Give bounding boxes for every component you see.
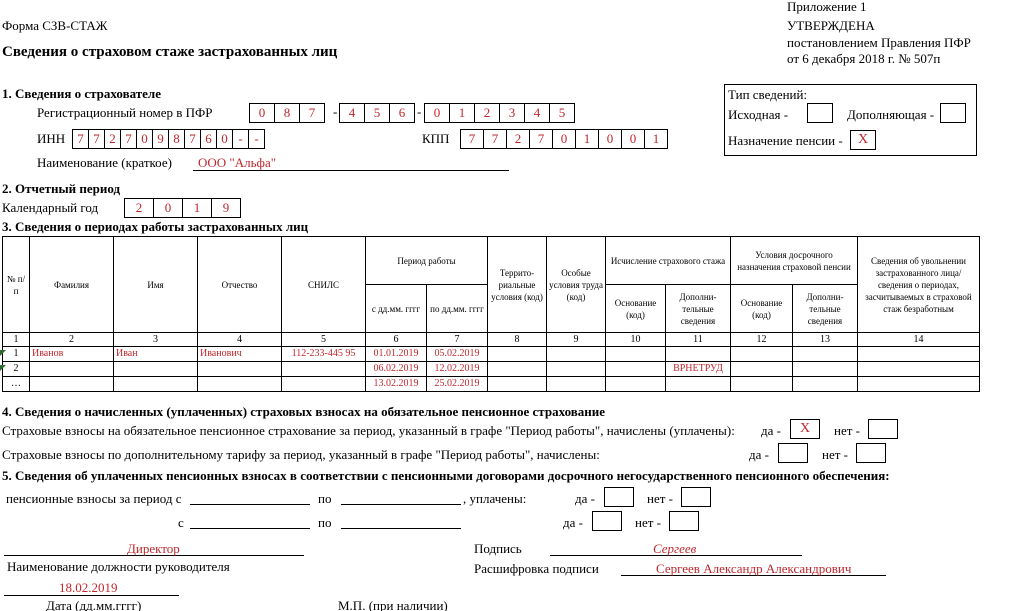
column-number: 12 — [731, 333, 793, 347]
table-cell[interactable] — [547, 362, 606, 377]
period2-from-label: с — [178, 515, 184, 531]
approved-label: УТВЕРЖДЕНА — [787, 18, 875, 34]
period1-no-label: нет - — [647, 491, 673, 507]
table-cell[interactable]: … — [3, 377, 30, 392]
period2-to-field[interactable] — [341, 514, 461, 529]
org-name-value: ООО "Альфа" — [198, 155, 276, 171]
signature-value: Сергеев — [653, 541, 696, 557]
table-cell[interactable] — [858, 347, 980, 362]
digit-cell[interactable]: 0 — [249, 103, 275, 123]
table-cell[interactable]: 01.01.2019 — [366, 347, 427, 362]
digit-cell[interactable]: 5 — [364, 103, 390, 123]
signature-decode-value: Сергеев Александр Александрович — [656, 561, 851, 577]
table-cell[interactable] — [547, 377, 606, 392]
contrib-line2: Страховые взносы по дополнительному тари… — [2, 447, 600, 463]
digit-cell[interactable]: 9 — [152, 129, 169, 149]
table-cell[interactable] — [731, 377, 793, 392]
period1-to-label: по — [318, 491, 331, 507]
period1-to-field[interactable] — [341, 490, 461, 505]
page-title: Сведения о страховом стаже застрахованны… — [2, 44, 337, 61]
reg-number-label: Регистрационный номер в ПФР — [37, 105, 213, 121]
digit-cell[interactable]: 0 — [424, 103, 450, 123]
line2-no-label: нет - — [822, 447, 848, 463]
col-early-basis-header: Основание (код) — [731, 285, 793, 333]
table-cell[interactable] — [198, 377, 282, 392]
col-num-header: № п/п — [3, 237, 30, 333]
table-row: …13.02.201925.02.2019 — [3, 377, 980, 392]
table-cell[interactable] — [666, 347, 731, 362]
table-cell[interactable] — [793, 347, 858, 362]
table-row: 1ИвановИванИванович112-233-445 9501.01.2… — [3, 347, 980, 362]
line1-no-label: нет - — [834, 423, 860, 439]
table-cell[interactable]: 13.02.2019 — [366, 377, 427, 392]
line2-yes-checkbox[interactable] — [778, 443, 808, 463]
table-cell[interactable]: 112-233-445 95 — [282, 347, 366, 362]
line2-yes-label: да - — [749, 447, 769, 463]
table-cell[interactable] — [547, 347, 606, 362]
year-field[interactable]: 2019 — [124, 198, 241, 218]
reg-separator: - — [417, 104, 421, 120]
table-cell[interactable]: Иванов — [30, 347, 114, 362]
table-cell[interactable] — [606, 362, 666, 377]
period2-no-checkbox[interactable] — [669, 511, 699, 531]
section2-heading: 2. Отчетный период — [2, 181, 120, 197]
line1-yes-checkbox[interactable]: X — [790, 419, 820, 439]
digit-cell[interactable]: - — [248, 129, 265, 149]
col-surname-header: Фамилия — [30, 237, 114, 333]
digit-cell[interactable]: 6 — [389, 103, 415, 123]
period2-to-label: по — [318, 515, 331, 531]
digit-cell[interactable]: - — [232, 129, 249, 149]
table-cell[interactable]: Иван — [114, 347, 198, 362]
approved-by: постановлением Правления ПФР — [787, 35, 971, 51]
col-calc-extra-header: Дополни-тельные сведения — [666, 285, 731, 333]
column-number: 14 — [858, 333, 980, 347]
table-cell[interactable] — [488, 347, 547, 362]
table-cell[interactable] — [858, 362, 980, 377]
section4-heading: 4. Сведения о начисленных (уплаченных) с… — [2, 404, 605, 420]
pension-checkbox[interactable]: X — [850, 130, 876, 150]
col-patronymic-header: Отчество — [198, 237, 282, 333]
table-cell[interactable] — [30, 362, 114, 377]
column-number: 10 — [606, 333, 666, 347]
date-label: Дата (дд.мм.гггг) — [46, 598, 141, 611]
digit-cell[interactable]: 7 — [184, 129, 201, 149]
table-cell[interactable] — [198, 362, 282, 377]
table-cell[interactable]: ВРНЕТРУД — [666, 362, 731, 377]
line2-no-checkbox[interactable] — [856, 443, 886, 463]
digit-cell[interactable]: 7 — [529, 129, 553, 149]
column-number: 11 — [666, 333, 731, 347]
digit-cell[interactable]: 7 — [72, 129, 89, 149]
digit-cell[interactable]: 1 — [449, 103, 475, 123]
digit-cell[interactable]: 7 — [299, 103, 325, 123]
col-dismissal-header: Сведения об увольнении застрахованного л… — [858, 237, 980, 333]
column-number: 7 — [427, 333, 488, 347]
table-row: 206.02.201912.02.2019ВРНЕТРУД — [3, 362, 980, 377]
kpp-label: КПП — [422, 131, 449, 147]
line1-yes-label: да - — [761, 423, 781, 439]
digit-cell[interactable]: 3 — [499, 103, 525, 123]
table-cell[interactable]: 05.02.2019 — [427, 347, 488, 362]
col-calc-header: Исчисление страхового стажа — [606, 237, 731, 285]
col-early-header: Условия досрочного назначения страховой … — [731, 237, 858, 285]
table-cell[interactable] — [858, 377, 980, 392]
period1-yes-label: да - — [575, 491, 595, 507]
digit-cell[interactable]: 1 — [575, 129, 599, 149]
digit-cell[interactable]: 0 — [621, 129, 645, 149]
digit-cell[interactable]: 7 — [88, 129, 105, 149]
org-name-label: Наименование (краткое) — [37, 155, 172, 171]
supplementary-label: Дополняющая - — [847, 107, 934, 123]
reg-number-part1[interactable]: 087 — [249, 103, 325, 123]
col-early-extra-header: Дополни-тельные сведения — [793, 285, 858, 333]
table-cell[interactable]: 25.02.2019 — [427, 377, 488, 392]
period2-yes-label: да - — [563, 515, 583, 531]
table-cell[interactable]: 1 — [3, 347, 30, 362]
table-cell[interactable]: Иванович — [198, 347, 282, 362]
pension-period-label: пенсионные взносы за период с — [6, 491, 182, 507]
contrib-line1: Страховые взносы на обязательное пенсион… — [2, 423, 735, 439]
kpp-field[interactable]: 772701001 — [460, 129, 668, 149]
digit-cell[interactable]: 0 — [216, 129, 233, 149]
digit-cell[interactable]: 1 — [182, 198, 212, 218]
digit-cell[interactable]: 0 — [552, 129, 576, 149]
comment-marker-icon — [0, 350, 6, 356]
period1-no-checkbox[interactable] — [681, 487, 711, 507]
table-cell[interactable]: 2 — [3, 362, 30, 377]
table-cell[interactable] — [606, 347, 666, 362]
section3-heading: 3. Сведения о периодах работы застрахова… — [2, 219, 308, 235]
table-cell[interactable]: 06.02.2019 — [366, 362, 427, 377]
table-cell[interactable] — [488, 362, 547, 377]
initial-checkbox[interactable] — [807, 103, 833, 123]
col-territorial-header: Террито-риальные условия (код) — [488, 237, 547, 333]
column-number: 6 — [366, 333, 427, 347]
supplementary-checkbox[interactable] — [940, 103, 966, 123]
table-cell[interactable] — [114, 377, 198, 392]
digit-cell[interactable]: 8 — [274, 103, 300, 123]
table-cell[interactable] — [793, 377, 858, 392]
table-cell[interactable] — [731, 362, 793, 377]
col-name-header: Имя — [114, 237, 198, 333]
digit-cell[interactable]: 4 — [524, 103, 550, 123]
col-snils-header: СНИЛС — [282, 237, 366, 333]
year-label: Календарный год — [2, 200, 98, 216]
digit-cell[interactable]: 9 — [211, 198, 241, 218]
period1-yes-checkbox[interactable] — [604, 487, 634, 507]
digit-cell[interactable]: 4 — [339, 103, 365, 123]
column-number: 2 — [30, 333, 114, 347]
column-number: 13 — [793, 333, 858, 347]
table-cell[interactable] — [114, 362, 198, 377]
table-cell[interactable] — [793, 362, 858, 377]
table-cell[interactable] — [488, 377, 547, 392]
table-cell[interactable] — [30, 377, 114, 392]
reg-number-part2[interactable]: 456 — [339, 103, 415, 123]
period2-yes-checkbox[interactable] — [592, 511, 622, 531]
stamp-label: М.П. (при наличии) — [338, 598, 448, 611]
section5-heading: 5. Сведения об уплаченных пенсионных взн… — [2, 468, 890, 484]
signature-label: Подпись — [474, 541, 522, 557]
column-number: 4 — [198, 333, 282, 347]
comment-marker-icon — [0, 365, 6, 371]
column-number: 9 — [547, 333, 606, 347]
line1-no-checkbox[interactable] — [868, 419, 898, 439]
reg-number-part3[interactable]: 012345 — [424, 103, 575, 123]
position-value: Директор — [127, 541, 180, 557]
inn-field[interactable]: 7727098760-- — [72, 129, 265, 149]
digit-cell[interactable]: 7 — [483, 129, 507, 149]
digit-cell[interactable]: 7 — [460, 129, 484, 149]
col-period-to-header: по дд.мм. гггг — [427, 285, 488, 333]
digit-cell[interactable]: 0 — [153, 198, 183, 218]
table-cell[interactable]: 12.02.2019 — [427, 362, 488, 377]
col-period-header: Период работы — [366, 237, 488, 285]
period2-no-label: нет - — [635, 515, 661, 531]
digit-cell[interactable]: 8 — [168, 129, 185, 149]
table-cell[interactable] — [282, 362, 366, 377]
table-cell[interactable] — [282, 377, 366, 392]
column-number: 8 — [488, 333, 547, 347]
table-cell[interactable] — [666, 377, 731, 392]
initial-label: Исходная - — [728, 107, 788, 123]
period1-from-field[interactable] — [190, 490, 310, 505]
digit-cell[interactable]: 5 — [549, 103, 575, 123]
signature-decode-label: Расшифровка подписи — [474, 561, 599, 577]
column-number: 1 — [3, 333, 30, 347]
col-period-from-header: с дд.мм. гггг — [366, 285, 427, 333]
info-type-label: Тип сведений: — [728, 87, 807, 103]
col-calc-basis-header: Основание (код) — [606, 285, 666, 333]
pension-label: Назначение пенсии - — [728, 133, 843, 149]
reg-separator: - — [333, 104, 337, 120]
col-special-header: Особые условия труда (код) — [547, 237, 606, 333]
approved-date: от 6 декабря 2018 г. № 507п — [787, 51, 940, 67]
appendix-label: Приложение 1 — [787, 0, 867, 15]
work-periods-table: № п/п Фамилия Имя Отчество СНИЛС Период … — [2, 236, 980, 392]
digit-cell[interactable]: 2 — [474, 103, 500, 123]
paid-label: , уплачены: — [463, 491, 526, 507]
form-name: Форма СЗВ-СТАЖ — [2, 18, 107, 34]
column-number: 5 — [282, 333, 366, 347]
digit-cell[interactable]: 2 — [104, 129, 121, 149]
digit-cell[interactable]: 0 — [136, 129, 153, 149]
column-numbers-row: 1234567891011121314 — [3, 333, 980, 347]
table-cell[interactable] — [606, 377, 666, 392]
position-label: Наименование должности руководителя — [7, 559, 230, 575]
section1-heading: 1. Сведения о страхователе — [2, 86, 161, 102]
table-cell[interactable] — [731, 347, 793, 362]
digit-cell[interactable]: 7 — [120, 129, 137, 149]
digit-cell[interactable]: 1 — [644, 129, 668, 149]
digit-cell[interactable]: 2 — [124, 198, 154, 218]
period2-from-field[interactable] — [190, 514, 310, 529]
digit-cell[interactable]: 6 — [200, 129, 217, 149]
column-number: 3 — [114, 333, 198, 347]
inn-label: ИНН — [37, 131, 65, 147]
date-value: 18.02.2019 — [59, 580, 118, 596]
digit-cell[interactable]: 0 — [598, 129, 622, 149]
digit-cell[interactable]: 2 — [506, 129, 530, 149]
